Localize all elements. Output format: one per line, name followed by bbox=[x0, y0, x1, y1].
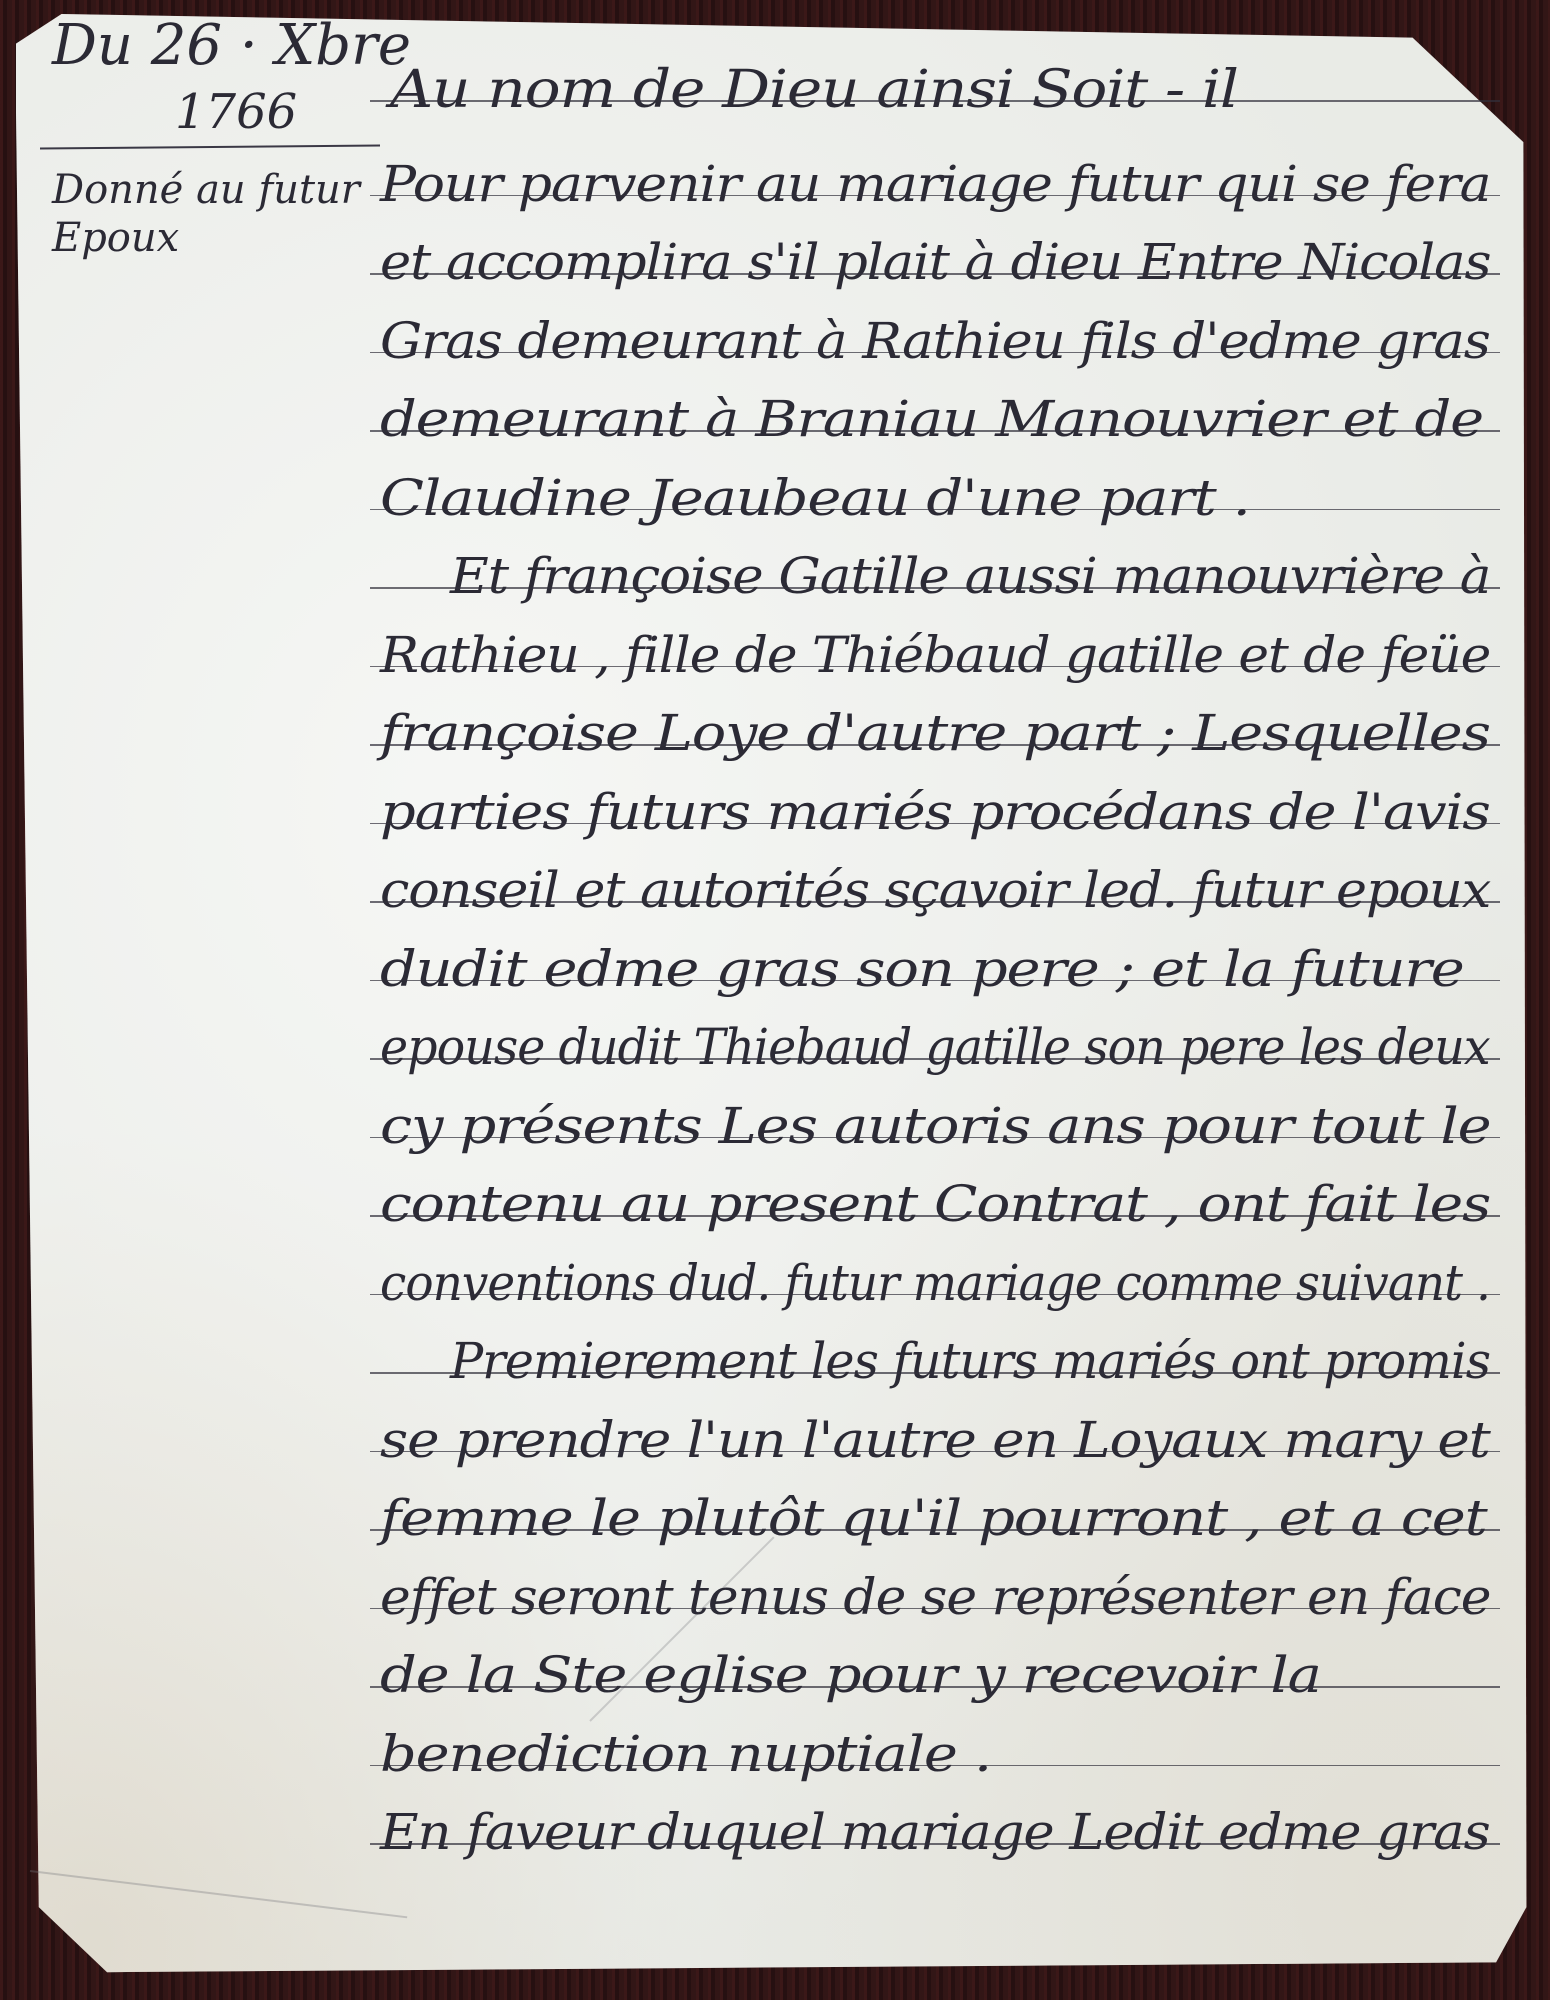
line-text: et accomplira s'il plait à dieu Entre Ni… bbox=[380, 233, 1490, 291]
line-text: contenu au present Contrat , ont fait le… bbox=[380, 1175, 1490, 1233]
text-line: Pour parvenir au mariage futur qui se fe… bbox=[380, 155, 1500, 234]
text-line: En faveur duquel mariage Ledit edme gras bbox=[380, 1803, 1500, 1882]
text-line: Rathieu , fille de Thiébaud gatille et d… bbox=[380, 626, 1500, 705]
margin-year: 1766 bbox=[175, 88, 297, 136]
margin-note-line-2: Epoux bbox=[52, 218, 179, 258]
line-text: Et françoise Gatille aussi manouvrière à bbox=[450, 547, 1490, 605]
contract-body: Au nom de Dieu ainsi Soit - il Pour parv… bbox=[380, 60, 1500, 1882]
heading-text: Au nom de Dieu ainsi Soit - il bbox=[390, 60, 1238, 120]
text-line: de la Ste eglise pour y recevoir la bbox=[380, 1646, 1500, 1725]
line-text: de la Ste eglise pour y recevoir la bbox=[380, 1646, 1321, 1704]
line-text: françoise Loye d'autre part ; Lesquelles bbox=[380, 704, 1490, 762]
text-line: effet seront tenus de se représenter en … bbox=[380, 1568, 1500, 1647]
text-line: parties futurs mariés procédans de l'avi… bbox=[380, 783, 1500, 862]
line-text: Pour parvenir au mariage futur qui se fe… bbox=[380, 155, 1490, 213]
line-text: conseil et autorités sçavoir led. futur … bbox=[380, 861, 1490, 919]
text-line: françoise Loye d'autre part ; Lesquelles bbox=[380, 704, 1500, 783]
text-line: se prendre l'un l'autre en Loyaux mary e… bbox=[380, 1411, 1500, 1490]
line-text: Rathieu , fille de Thiébaud gatille et d… bbox=[380, 626, 1490, 684]
line-text: epouse dudit Thiebaud gatille son pere l… bbox=[380, 1018, 1490, 1076]
line-text: se prendre l'un l'autre en Loyaux mary e… bbox=[380, 1411, 1490, 1469]
line-text: effet seront tenus de se représenter en … bbox=[380, 1568, 1490, 1626]
text-line: contenu au present Contrat , ont fait le… bbox=[380, 1175, 1500, 1254]
text-line: demeurant à Braniau Manouvrier et de bbox=[380, 390, 1500, 469]
line-text: femme le plutôt qu'il pourront , et a ce… bbox=[380, 1489, 1487, 1547]
line-text: parties futurs mariés procédans de l'avi… bbox=[380, 783, 1490, 841]
invocation-heading: Au nom de Dieu ainsi Soit - il bbox=[380, 60, 1500, 139]
line-text: Claudine Jeaubeau d'une part . bbox=[380, 469, 1250, 527]
text-line: Claudine Jeaubeau d'une part . bbox=[380, 469, 1500, 548]
text-line: epouse dudit Thiebaud gatille son pere l… bbox=[380, 1018, 1500, 1097]
text-line: et accomplira s'il plait à dieu Entre Ni… bbox=[380, 233, 1500, 312]
text-line: Gras demeurant à Rathieu fils d'edme gra… bbox=[380, 312, 1500, 391]
text-line: femme le plutôt qu'il pourront , et a ce… bbox=[380, 1489, 1500, 1568]
line-text: cy présents Les autoris ans pour tout le bbox=[380, 1097, 1490, 1155]
text-line: dudit edme gras son pere ; et la future bbox=[380, 940, 1500, 1019]
line-text: conventions dud. futur mariage comme sui… bbox=[380, 1254, 1490, 1312]
text-line: conventions dud. futur mariage comme sui… bbox=[380, 1254, 1500, 1333]
line-text: demeurant à Braniau Manouvrier et de bbox=[380, 390, 1483, 448]
text-line: Premierement les futurs mariés ont promi… bbox=[380, 1332, 1500, 1411]
line-text: dudit edme gras son pere ; et la future bbox=[380, 940, 1464, 998]
line-text: Gras demeurant à Rathieu fils d'edme gra… bbox=[380, 312, 1490, 370]
line-text: En faveur duquel mariage Ledit edme gras bbox=[380, 1803, 1490, 1861]
line-text: Premierement les futurs mariés ont promi… bbox=[450, 1332, 1490, 1390]
margin-note-line-1: Donné au futur bbox=[52, 170, 360, 210]
text-line: cy présents Les autoris ans pour tout le bbox=[380, 1097, 1500, 1176]
line-text: benediction nuptiale . bbox=[380, 1725, 991, 1783]
text-line: Et françoise Gatille aussi manouvrière à bbox=[380, 547, 1500, 626]
text-line: conseil et autorités sçavoir led. futur … bbox=[380, 861, 1500, 940]
text-line: benediction nuptiale . bbox=[380, 1725, 1500, 1804]
margin-date: Du 26 · Xbre bbox=[52, 18, 411, 74]
